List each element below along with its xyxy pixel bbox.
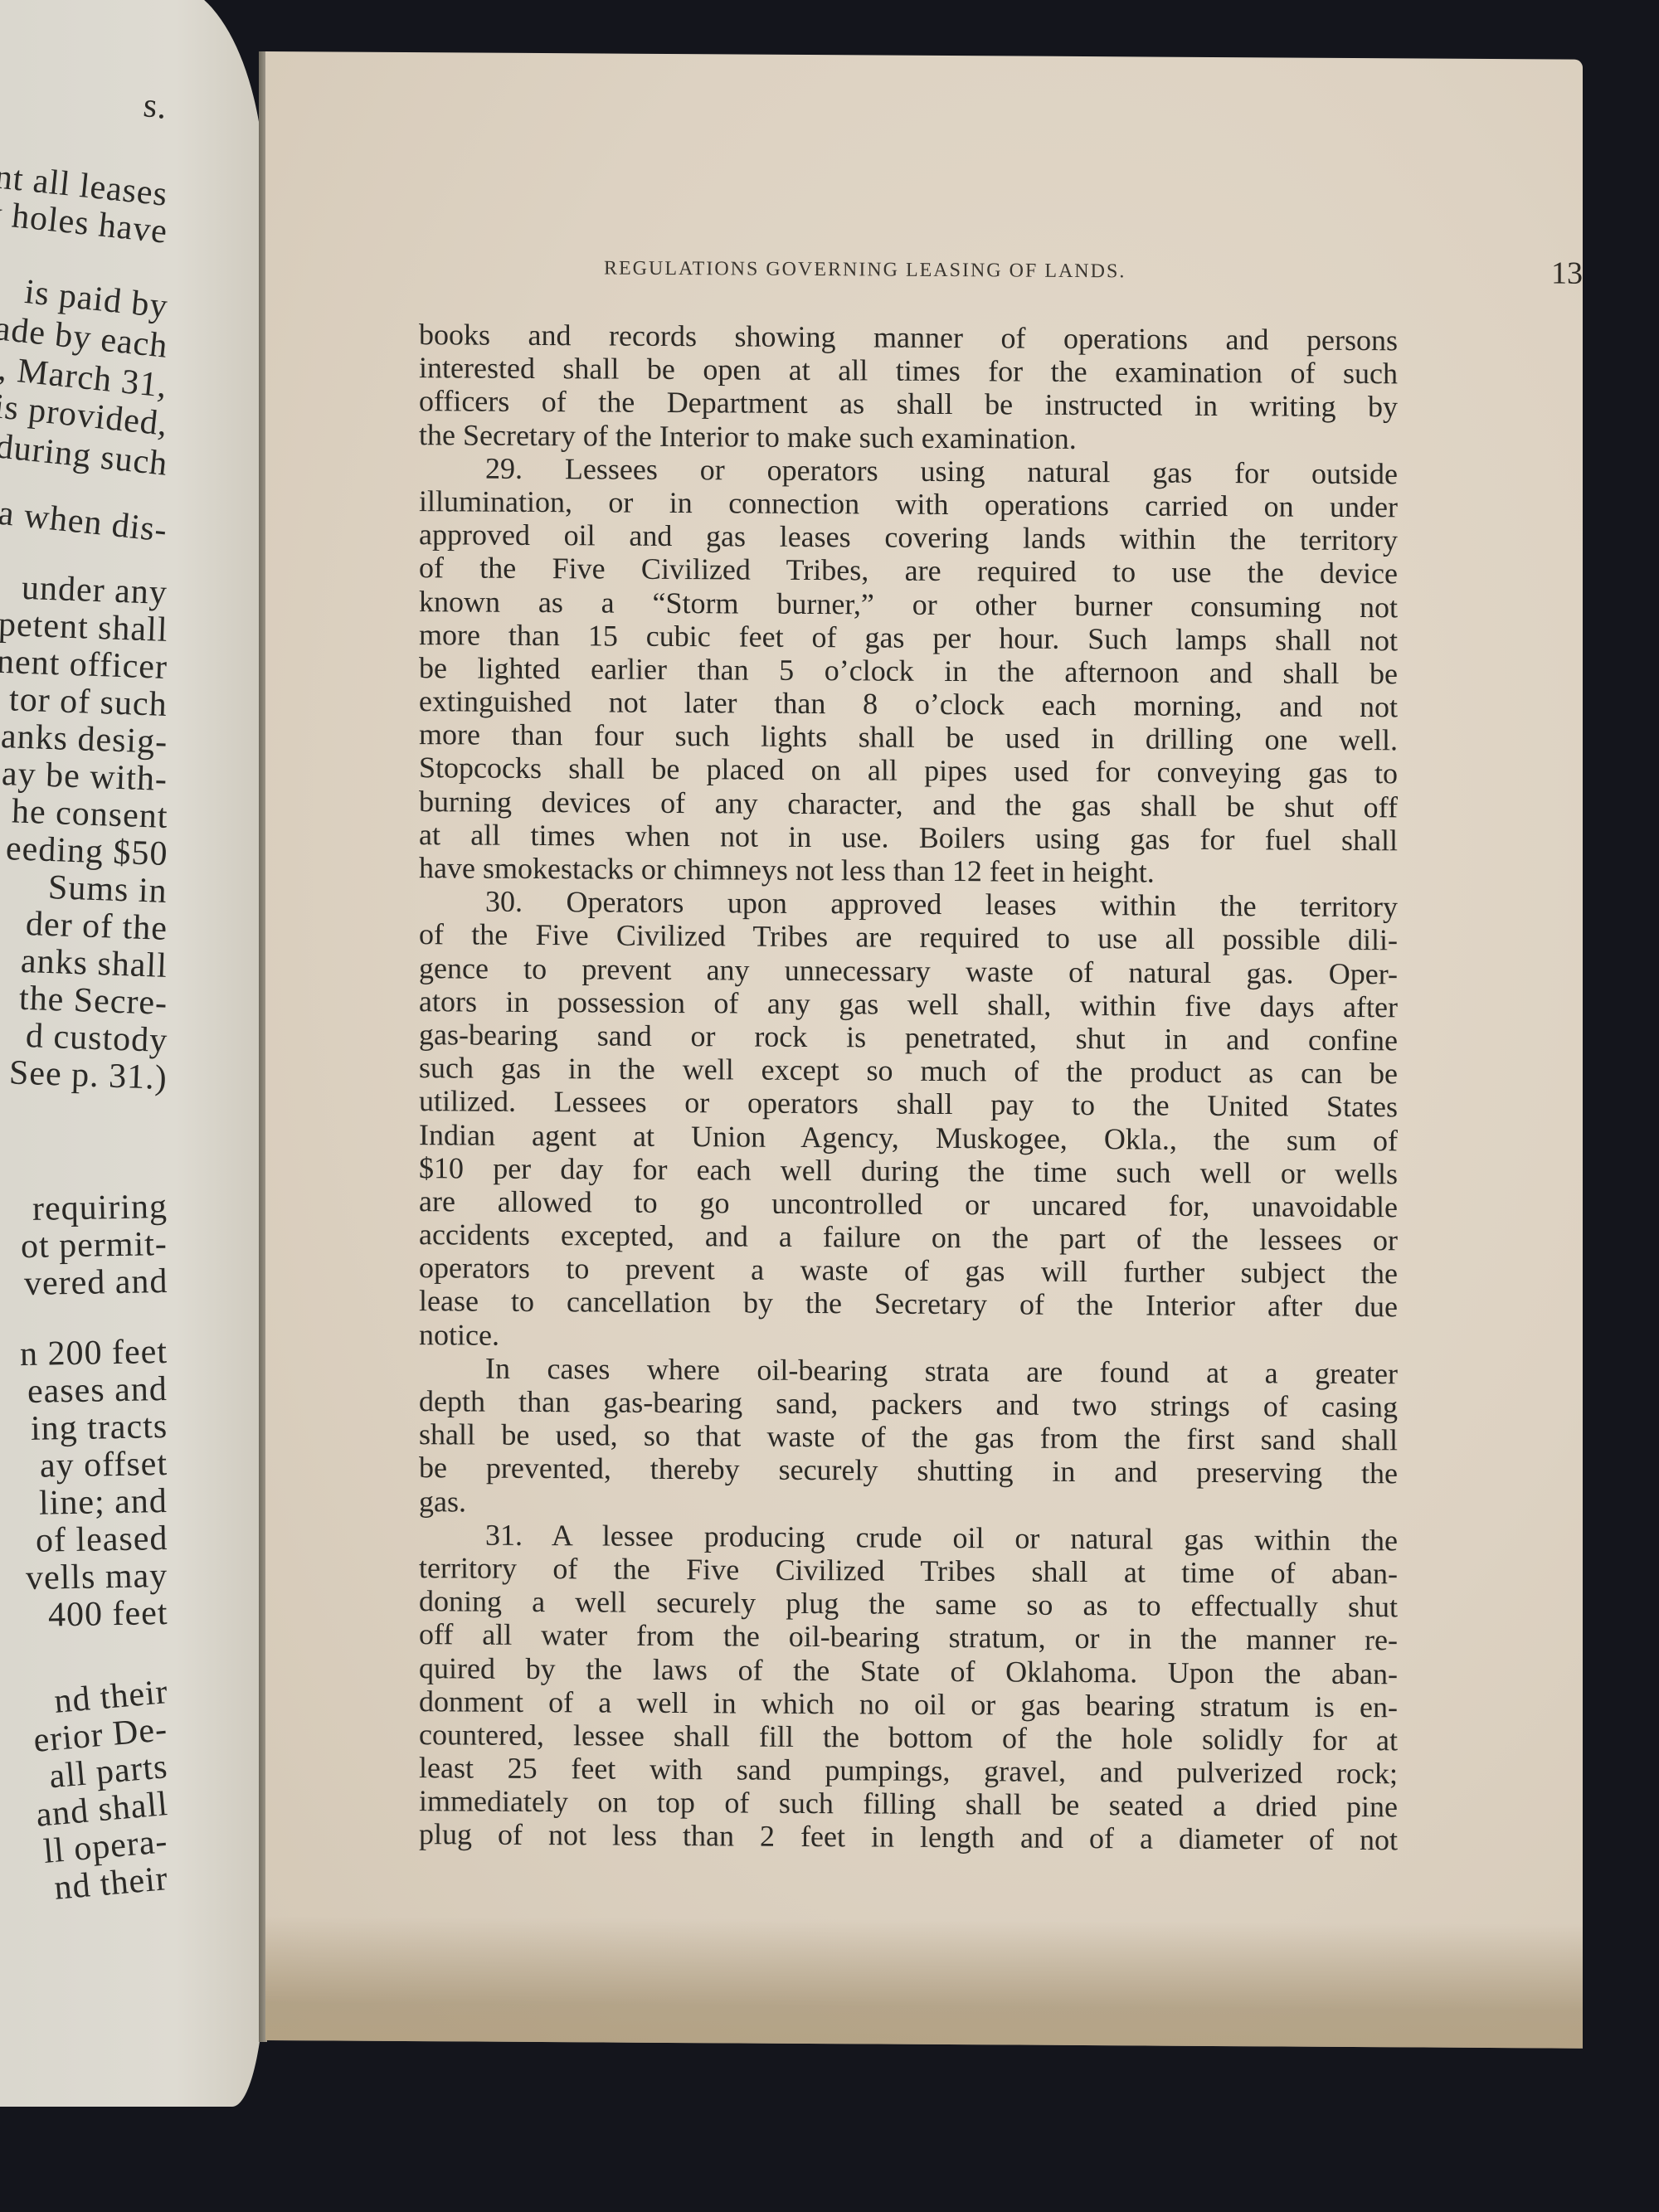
left-page-text-fragment: eeding $50	[5, 829, 168, 874]
right-page: REGULATIONS GOVERNING LEASING OF LANDS. …	[265, 51, 1583, 2049]
text-line: plug of not less than 2 feet in length a…	[419, 1818, 1398, 1857]
running-head: REGULATIONS GOVERNING LEASING OF LANDS. …	[604, 252, 1583, 291]
text-line: burning devices of any character, and th…	[419, 785, 1398, 824]
left-page-text-fragment: ay offset	[40, 1444, 168, 1486]
text-line: $10 per day for each well during the tim…	[419, 1151, 1398, 1190]
paragraph-first-line: 31. A lessee producing crude oil or natu…	[419, 1518, 1398, 1557]
text-line: more than 15 cubic feet of gas per hour.…	[419, 618, 1398, 657]
text-line: donment of a well in which no oil or gas…	[419, 1685, 1398, 1723]
text-line: off all water from the oil-bearing strat…	[419, 1617, 1398, 1656]
text-line: of the Five Civilized Tribes, are requir…	[419, 551, 1398, 590]
text-line: known as a “Storm burner,” or other burn…	[419, 585, 1398, 624]
running-head-title: REGULATIONS GOVERNING LEASING OF LANDS.	[604, 257, 1126, 283]
left-page-text-fragment: ot permit-	[21, 1224, 168, 1266]
text-line: the Secretary of the Interior to make su…	[419, 418, 1398, 457]
left-page-text-fragment: n 200 feet	[20, 1332, 168, 1374]
left-page-text-fragment: line; and	[39, 1481, 168, 1524]
left-page-text-fragment: s.	[142, 85, 170, 128]
left-page-text-fragment: vered and	[23, 1262, 168, 1304]
paragraph-first-line: 29. Lessees or operators using natural g…	[419, 451, 1398, 490]
text-line: utilized. Lessees or operators shall pay…	[419, 1084, 1398, 1123]
left-page-text-fragment: ing tracts	[30, 1407, 168, 1449]
text-line: Indian agent at Union Agency, Muskogee, …	[419, 1118, 1398, 1157]
text-line: ators in possession of any gas well shal…	[419, 984, 1398, 1023]
text-line: gence to prevent any unnecessary waste o…	[419, 951, 1398, 990]
left-page-text-fragment: vells may	[25, 1556, 168, 1598]
left-page-text-fragment: requiring	[32, 1187, 168, 1229]
page-number: 13	[1551, 255, 1583, 291]
text-line: be prevented, thereby securely shutting …	[419, 1451, 1398, 1490]
body-text: books and records showing manner of oper…	[419, 318, 1398, 1857]
text-line: of the Five Civilized Tribes are require…	[419, 918, 1398, 957]
left-page-text-fragment: of leased	[35, 1519, 168, 1561]
text-line: officers of the Department as shall be i…	[419, 385, 1398, 424]
left-page: s.nt all leasesy holes haveis paid byade…	[0, 0, 265, 2107]
left-page-text-fragment: eases and	[27, 1369, 168, 1412]
text-line: Stopcocks shall be placed on all pipes u…	[419, 751, 1398, 790]
left-page-text-fragment: 400 feet	[47, 1593, 168, 1636]
text-line: quired by the laws of the State of Oklah…	[419, 1651, 1398, 1690]
left-page-text-fragment: a when dis-	[0, 493, 170, 551]
text-line: lease to cancellation by the Secretary o…	[419, 1285, 1398, 1324]
left-page-text-fragment: See p. 31.)	[9, 1053, 168, 1098]
